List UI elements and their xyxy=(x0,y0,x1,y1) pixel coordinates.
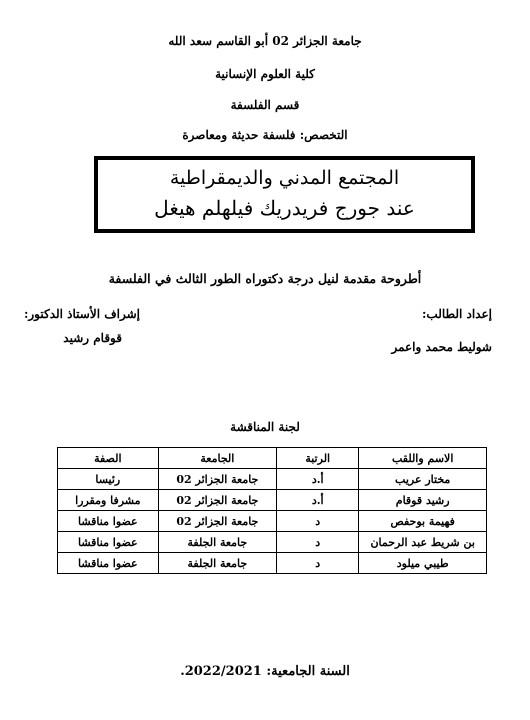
member-rank: د xyxy=(277,532,359,553)
member-role: عضوا مناقشا xyxy=(58,553,159,574)
thesis-description: أطروحة مقدمة لنيل درجة دكتوراه الطور الث… xyxy=(0,271,530,286)
table-row: بن شريط عبد الرحمان د جامعة الجلفة عضوا … xyxy=(58,532,487,553)
header-university: الجامعة xyxy=(158,448,276,469)
table-row: فهيمة بوحفص د جامعة الجزائر 02 عضوا مناق… xyxy=(58,511,487,532)
member-role: عضوا مناقشا xyxy=(58,511,159,532)
department-name: قسم الفلسفة xyxy=(0,98,530,112)
member-rank: أ.د xyxy=(277,469,359,490)
member-role: مشرفا ومقررا xyxy=(58,490,159,511)
table-row: طيبي ميلود د جامعة الجلفة عضوا مناقشا xyxy=(58,553,487,574)
header-name: الاسم واللقب xyxy=(359,448,487,469)
header-role: الصفة xyxy=(58,448,159,469)
member-rank: د xyxy=(277,511,359,532)
member-name: طيبي ميلود xyxy=(359,553,487,574)
committee-table: الاسم واللقب الرتبة الجامعة الصفة مختار … xyxy=(57,447,487,574)
student-name: شوليط محمد واعمر xyxy=(391,340,492,354)
table-row: مختار عريب أ.د جامعة الجزائر 02 رئيسا xyxy=(58,469,487,490)
member-university: جامعة الجزائر 02 xyxy=(158,490,276,511)
member-name: بن شريط عبد الرحمان xyxy=(359,532,487,553)
academic-year: السنة الجامعية: 2022/2021. xyxy=(0,664,530,679)
thesis-title-box: المجتمع المدني والديمقراطية عند جورج فري… xyxy=(94,156,475,233)
thesis-title-line-1: المجتمع المدني والديمقراطية xyxy=(98,167,471,189)
member-university: جامعة الجزائر 02 xyxy=(158,469,276,490)
member-name: فهيمة بوحفص xyxy=(359,511,487,532)
thesis-title-line-2: عند جورج فريدريك فيلهلم هيغل xyxy=(98,196,471,220)
header-rank: الرتبة xyxy=(277,448,359,469)
supervisor-label: إشراف الأستاذ الدكتور: xyxy=(24,307,140,321)
supervisor-name: قوقام رشيد xyxy=(63,331,122,345)
member-name: رشيد قوقام xyxy=(359,490,487,511)
member-role: رئيسا xyxy=(58,469,159,490)
member-university: جامعة الجزائر 02 xyxy=(158,511,276,532)
table-header-row: الاسم واللقب الرتبة الجامعة الصفة xyxy=(58,448,487,469)
student-label: إعداد الطالب: xyxy=(422,307,492,321)
specialty: التخصص: فلسفة حديثة ومعاصرة xyxy=(0,128,530,142)
member-rank: د xyxy=(277,553,359,574)
member-rank: أ.د xyxy=(277,490,359,511)
member-university: جامعة الجلفة xyxy=(158,553,276,574)
member-role: عضوا مناقشا xyxy=(58,532,159,553)
faculty-name: كلية العلوم الإنسانية xyxy=(0,67,530,81)
committee-title: لجنة المناقشة xyxy=(0,420,530,434)
table-row: رشيد قوقام أ.د جامعة الجزائر 02 مشرفا وم… xyxy=(58,490,487,511)
university-name: جامعة الجزائر 02 أبو القاسم سعد الله xyxy=(0,34,530,48)
member-university: جامعة الجلفة xyxy=(158,532,276,553)
member-name: مختار عريب xyxy=(359,469,487,490)
